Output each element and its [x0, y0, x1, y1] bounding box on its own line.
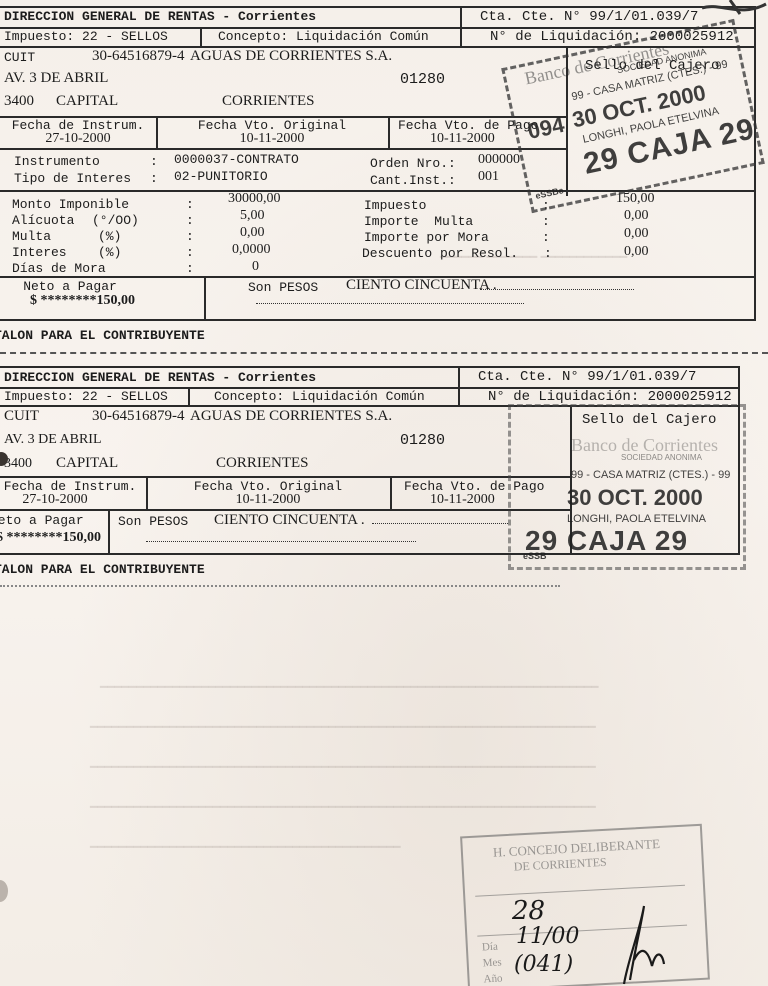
- instrument-value: 0000037-CONTRATO: [174, 152, 299, 167]
- tax-type: Impuesto: 22 - SELLOS: [4, 389, 168, 404]
- city: CAPITAL: [56, 455, 118, 472]
- amount-value: 0,0000: [232, 242, 271, 258]
- net-amount: $ ********150,00: [30, 293, 135, 309]
- bleed-through-text: ━━━━━━━━━━━━━━━━━━━━━━━━━━━━━━━━━━━━━━━━…: [90, 800, 596, 814]
- amount-words-prefix: Son PESOS: [248, 280, 318, 295]
- amount-label: Multa: [12, 229, 51, 244]
- agency-title: DIRECCION GENERAL DE RENTAS - Corrientes: [4, 9, 316, 24]
- qty-label: Cant.Inst.:: [370, 173, 456, 188]
- original-due-date: 10-11-2000: [146, 492, 390, 508]
- amount-in-words: CIENTO CINCUENTA .: [346, 277, 497, 294]
- province: CORRIENTES: [216, 455, 309, 472]
- cuit-label: CUIT: [4, 50, 35, 65]
- account-number: Cta. Cte. N° 99/1/01.039/7: [480, 9, 698, 25]
- address-number: 01280: [400, 71, 445, 88]
- address-number: 01280: [400, 432, 445, 449]
- address: AV. 3 DE ABRIL: [4, 70, 108, 87]
- interest-type-label: Tipo de Interes: [14, 171, 131, 186]
- tax-type: Impuesto: 22 - SELLOS: [4, 29, 168, 44]
- payment-due-date: 10-11-2000: [430, 131, 495, 147]
- amount-label: Alícuota: [12, 213, 74, 228]
- original-due-date: 10-11-2000: [156, 131, 388, 147]
- amount-label: Interes: [12, 245, 67, 260]
- amount-value: 0,00: [624, 226, 649, 242]
- cut-line: [0, 585, 560, 587]
- settlement-number: N° de Liquidación: 2000025912: [488, 389, 732, 405]
- amount-label: Importe Multa: [364, 214, 473, 229]
- cuit-value: 30-64516879-4: [92, 48, 185, 65]
- amount-value: 0,00: [240, 225, 265, 241]
- instrument-date: 27-10-2000: [0, 492, 110, 508]
- corner-stamp-fragment-icon: [700, 0, 768, 30]
- amount-in-words: CIENTO CINCUENTA .: [214, 512, 365, 529]
- cuit-label: CUIT: [4, 408, 39, 425]
- handwritten-day: 28: [512, 896, 545, 926]
- receipt-footer: TALON PARA EL CONTRIBUYENTE: [0, 328, 205, 343]
- amount-words-prefix: Son PESOS: [118, 514, 188, 529]
- bleed-through-text: ━━━━━━━━━━━━━━━━━━━━━━━━━━━━━━━━━━━━━━━━…: [90, 720, 596, 734]
- postal-code: 3400: [4, 93, 34, 110]
- handwritten-month: 11/00: [516, 924, 579, 949]
- city: CAPITAL: [56, 93, 118, 110]
- province: CORRIENTES: [222, 93, 315, 110]
- amount-value: 0,00: [624, 244, 649, 260]
- payment-due-date: 10-11-2000: [430, 492, 495, 508]
- amount-value: 5,00: [240, 208, 265, 224]
- taxpayer-name: AGUAS DE CORRIENTES S.A.: [190, 48, 392, 65]
- amount-label: Descuento por Resol.: [362, 246, 518, 261]
- net-label: Neto a Pagar: [0, 279, 140, 294]
- taxpayer-name: AGUAS DE CORRIENTES S.A.: [190, 408, 392, 425]
- address: AV. 3 DE ABRIL: [4, 432, 102, 448]
- interest-type-value: 02-PUNITORIO: [174, 169, 268, 184]
- bleed-through-text: ━━━━━━━━━━━━━━━━━━━━━━━━━━━━━━━━━━━━━━━━…: [100, 680, 599, 694]
- order-label: Orden Nro.:: [370, 156, 456, 171]
- order-value: 000000: [478, 152, 520, 168]
- bleed-through-text: ━━━━━━━━━━━━━━━━━━━━━━━━━━━━━━━━━━━━━━━━…: [90, 840, 401, 854]
- handwritten-year: (041): [514, 952, 573, 977]
- account-number: Cta. Cte. N° 99/1/01.039/7: [478, 369, 696, 385]
- bleed-through-text: ━━━━━━━━━━━━━━━━━━━━━━━━━━━━━━━━━━━━━━━━…: [90, 760, 596, 774]
- receipt-footer: TALON PARA EL CONTRIBUYENTE: [0, 562, 205, 577]
- amount-value: 0: [252, 259, 259, 275]
- instrument-date: 27-10-2000: [0, 131, 156, 147]
- net-amount: $ ********150,00: [0, 530, 101, 546]
- qty-value: 001: [478, 169, 499, 185]
- concept: Concepto: Liquidación Común: [218, 29, 429, 44]
- cuit-value: 30-64516879-4: [92, 408, 185, 425]
- postal-code: 3400: [4, 456, 32, 472]
- amount-value: 0,00: [624, 208, 649, 224]
- agency-title: DIRECCION GENERAL DE RENTAS - Corrientes: [4, 370, 316, 385]
- cut-line: [0, 352, 768, 354]
- amount-label: Monto Imponible: [12, 197, 129, 212]
- amount-label: Días de Mora: [12, 261, 106, 276]
- instrument-label: Instrumento: [14, 154, 100, 169]
- concept: Concepto: Liquidación Común: [214, 389, 425, 404]
- net-label: Neto a Pagar: [0, 513, 84, 528]
- amount-label: Impuesto: [364, 198, 426, 213]
- amount-value: 30000,00: [228, 191, 281, 207]
- amount-label: Importe por Mora: [364, 230, 489, 245]
- bank-stamp-2: Banco de Corrientes SOCIEDAD ANONIMA 99 …: [508, 404, 746, 570]
- signature-icon: [600, 900, 680, 986]
